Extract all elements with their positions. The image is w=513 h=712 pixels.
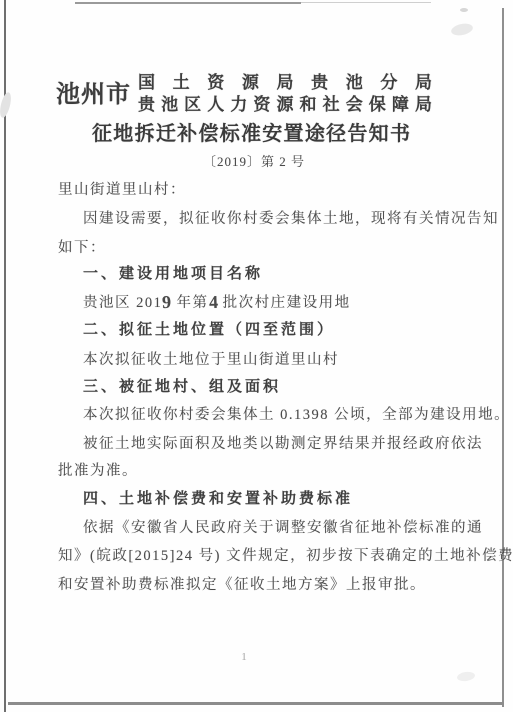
scan-edge-right	[502, 8, 504, 707]
scan-smudge	[450, 22, 474, 37]
handwritten-batch-digit: 4	[208, 294, 218, 311]
handwritten-year-digit: 9	[162, 294, 172, 311]
issuing-org-block: 国土资源局贵池分局 贵池区人力资源和社会保障局	[138, 72, 432, 116]
project-name-prefix: 贵池区 201	[83, 295, 162, 311]
scanned-document-page: 池州市 国土资源局贵池分局 贵池区人力资源和社会保障局 征地拆迁补偿标准安置途径…	[0, 0, 513, 712]
section-4-heading: 四、土地补偿费和安置补助费标准	[83, 491, 353, 508]
section-1-heading: 一、建设用地项目名称	[83, 266, 263, 283]
scan-edge-top	[75, 2, 301, 4]
intro-paragraph-line-1: 因建设需要，拟征收你村委会集体土地，现将有关情况告知	[83, 211, 499, 228]
project-name-mid: 年第	[171, 295, 208, 311]
scan-edge-bottom	[8, 702, 504, 705]
section-4-content-line-2: 知》(皖政[2015]24 号) 文件规定，初步按下表确定的土地补偿费	[58, 548, 513, 565]
salutation-line: 里山街道里山村：	[58, 182, 186, 199]
document-title: 征地拆迁补偿标准安置途径告知书	[92, 122, 410, 146]
section-4-content-line-3: 和安置补助费标准拟定《征收土地方案》上报审批。	[58, 577, 426, 594]
section-3-content-line-3: 批准为准。	[58, 463, 138, 480]
scan-smudge	[456, 671, 475, 682]
document-number: 〔2019〕第 2 号	[203, 151, 305, 170]
scan-smudge	[460, 8, 468, 12]
issuing-org-line-2: 贵池区人力资源和社会保障局	[138, 94, 432, 116]
section-3-heading: 三、被征地村、组及面积	[83, 379, 281, 396]
scan-smudge	[0, 91, 13, 118]
section-3-content-line-2: 被征土地实际面积及地类以勘测定界结果并报经政府依法	[83, 436, 483, 453]
issuing-org-line-1: 国土资源局贵池分局	[138, 72, 432, 94]
section-1-content-line: 贵池区 2019 年第4 批次村庄建设用地	[83, 293, 351, 312]
scan-edge-top-faint	[301, 2, 431, 3]
intro-paragraph-line-2: 如下：	[58, 240, 106, 257]
page-number: 1	[238, 651, 250, 663]
section-2-heading: 二、拟征土地位置（四至范围）	[83, 322, 335, 339]
issuing-city-name: 池州市	[56, 82, 130, 108]
section-3-content-line-1: 本次拟征收你村委会集体土 0.1398 公顷，全部为建设用地。	[83, 407, 510, 424]
section-4-content-line-1: 依据《安徽省人民政府关于调整安徽省征地补偿标准的通	[83, 520, 483, 537]
project-name-suffix: 批次村庄建设用地	[218, 295, 351, 311]
section-2-content-line: 本次拟征收土地位于里山街道里山村	[83, 352, 339, 369]
